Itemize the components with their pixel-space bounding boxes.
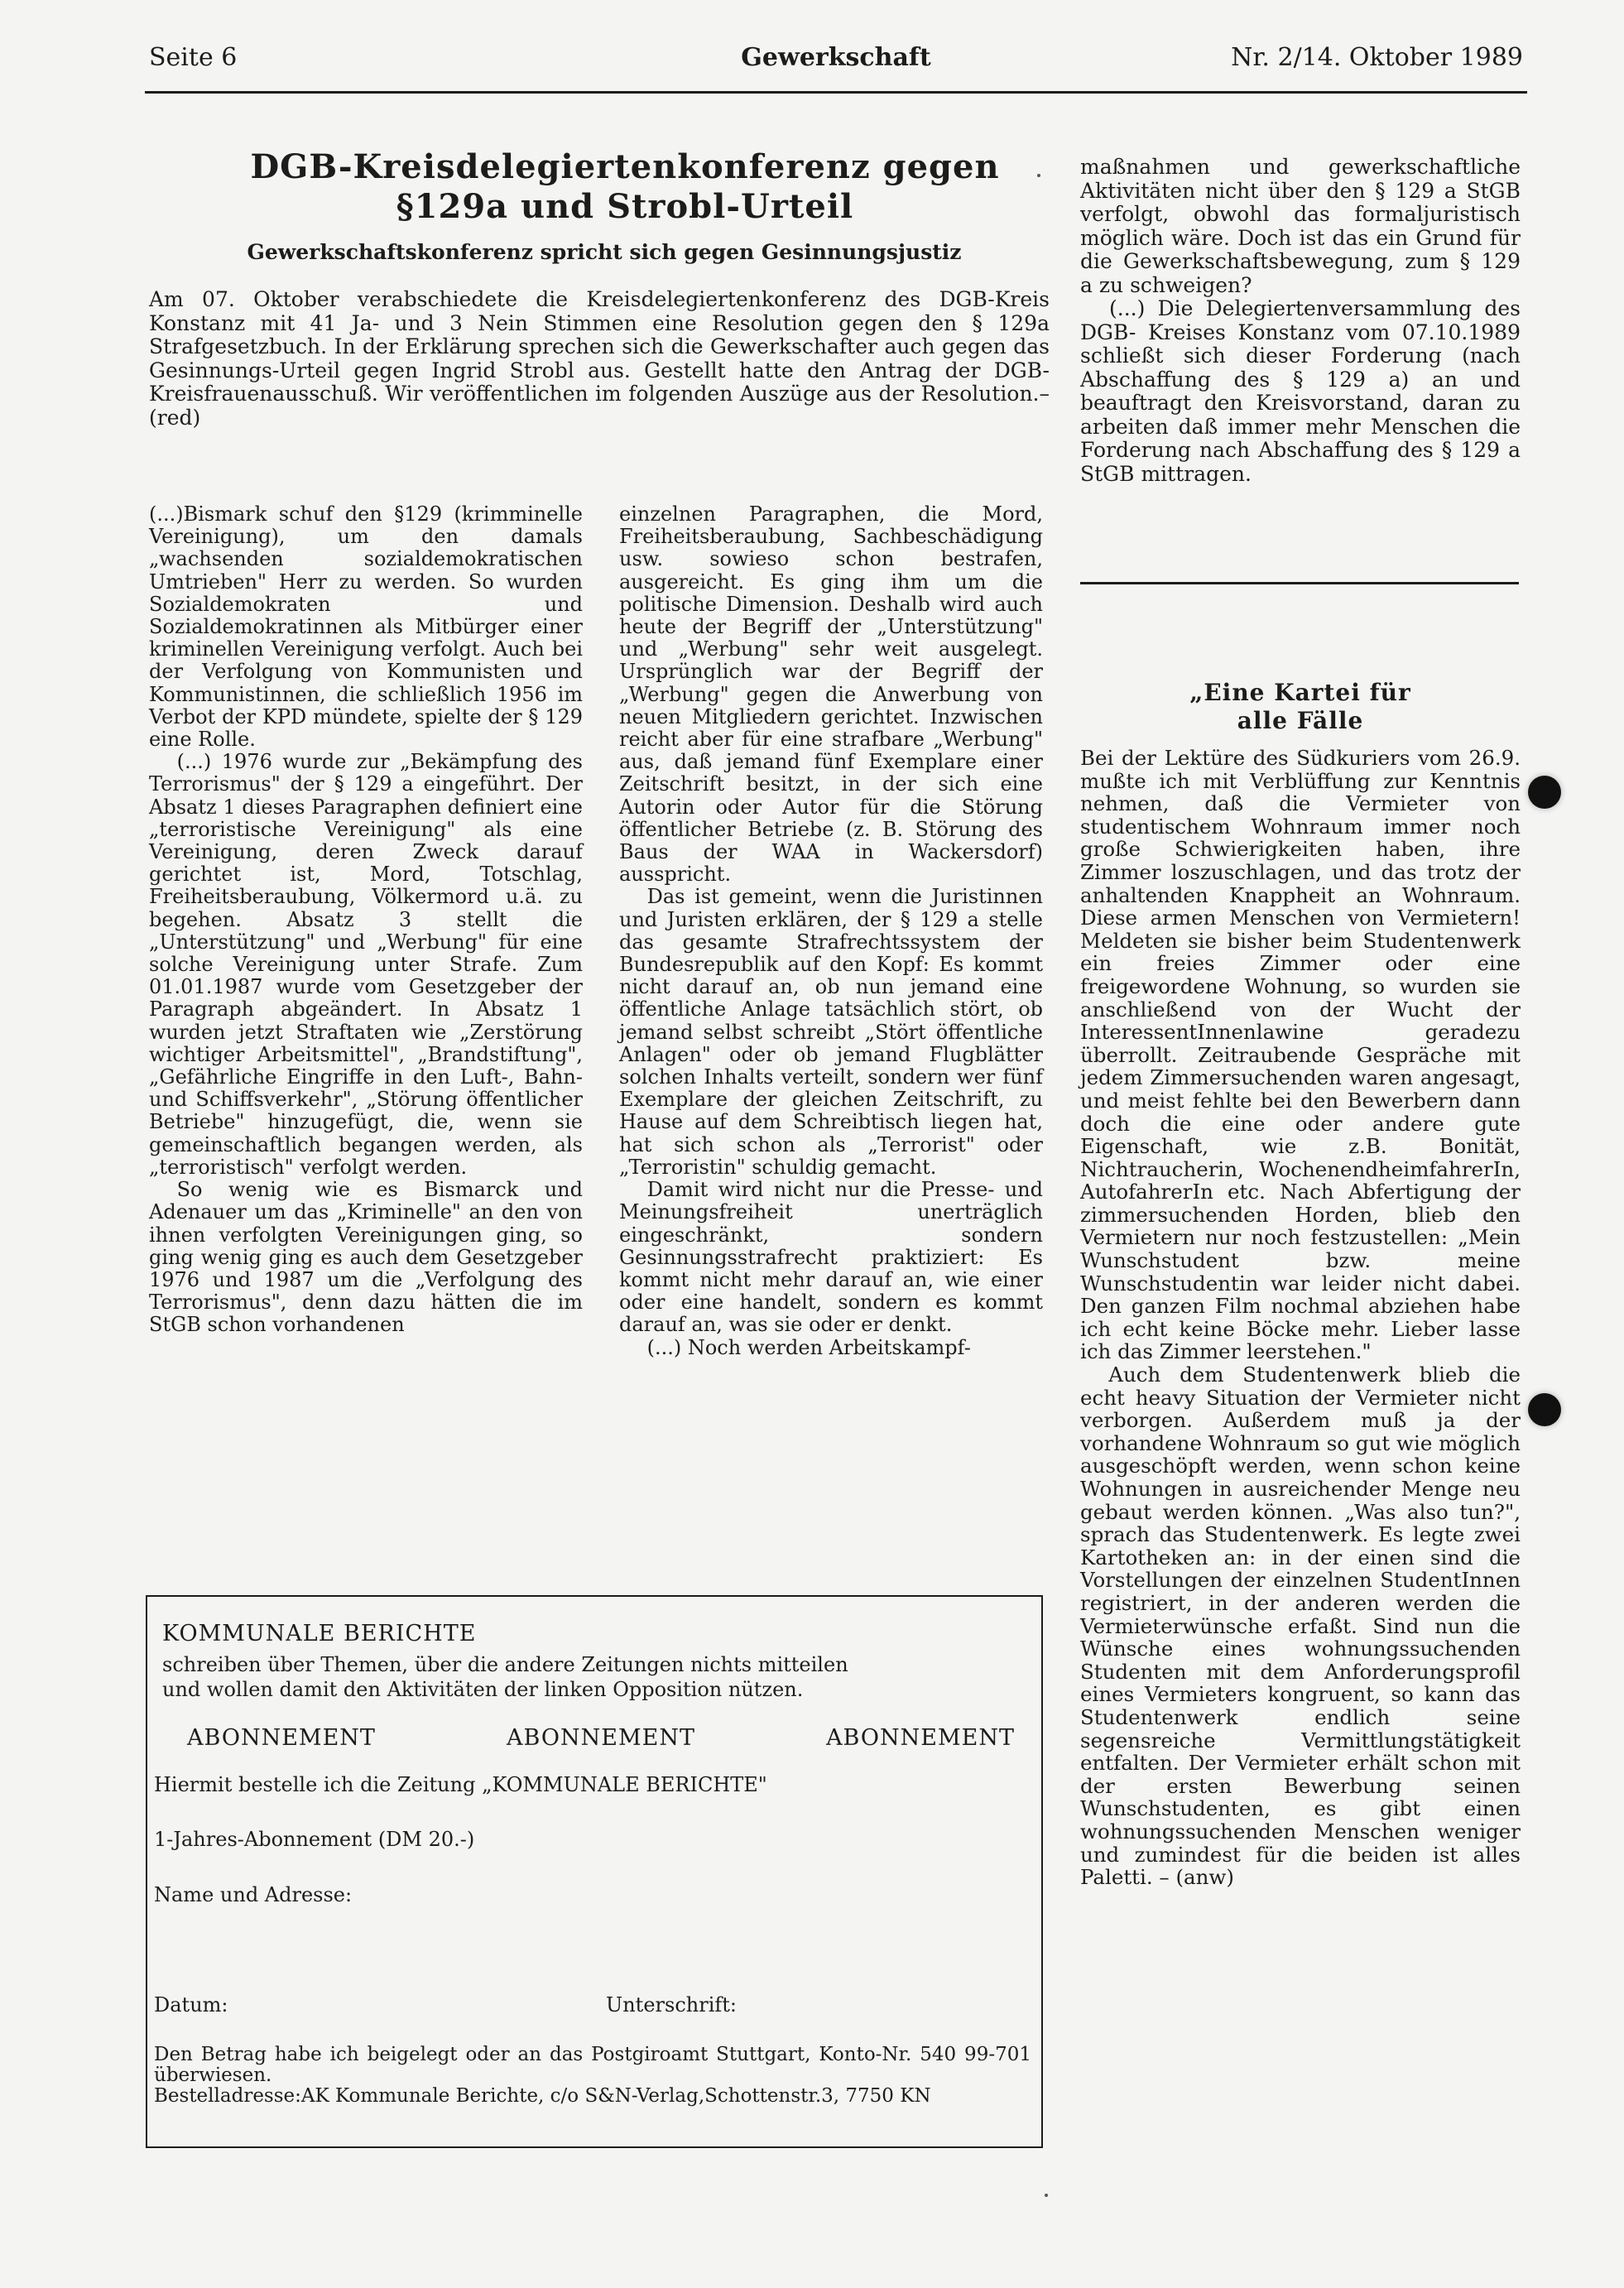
- subscription-price: 1-Jahres-Abonnement (DM 20.-): [154, 1828, 474, 1851]
- article2-headline-line-1: „Eine Kartei für: [1080, 679, 1521, 707]
- issue-date: Nr. 2/14. Oktober 1989: [1231, 43, 1523, 72]
- ad-footer: Den Betrag habe ich beigelegt oder an da…: [154, 2045, 1031, 2107]
- date-field-label: Datum:: [154, 1993, 228, 2016]
- header-divider: [145, 91, 1527, 94]
- paragraph: (...) Noch werden Arbeitskampf-: [619, 1337, 1043, 1359]
- ad-title: KOMMUNALE BERICHTE: [162, 1621, 476, 1646]
- paragraph: Das ist gemeint, wenn die Juristinnen un…: [619, 886, 1043, 1179]
- paragraph: So wenig wie es Bismarck und Adenauer um…: [149, 1179, 583, 1336]
- paragraph: maßnahmen und gewerkschaftliche Aktivitä…: [1080, 156, 1521, 297]
- article-column-3: maßnahmen und gewerkschaftliche Aktivitä…: [1080, 156, 1521, 486]
- paragraph: (...) 1976 wurde zur „Bekämpfung des Ter…: [149, 751, 583, 1179]
- paragraph: Bei der Lektüre des Südkuriers vom 26.9.…: [1080, 747, 1521, 1363]
- scan-speck: [1037, 174, 1040, 177]
- article-column-1: (...)Bismark schuf den §129 (krimminelle…: [149, 503, 583, 1337]
- signature-field-label: Unterschrift:: [606, 1993, 737, 2016]
- name-address-field-label: Name und Adresse:: [154, 1883, 352, 1906]
- punch-hole: [1528, 1393, 1561, 1426]
- article-subheadline: Gewerkschaftskonferenz spricht sich gege…: [190, 240, 1018, 264]
- paragraph: Damit wird nicht nur die Presse- und Mei…: [619, 1179, 1043, 1336]
- scan-speck: [1045, 2194, 1048, 2197]
- ad-abonnement-row: ABONNEMENT ABONNEMENT ABONNEMENT: [187, 1725, 1015, 1751]
- paragraph: (...)Bismark schuf den §129 (krimminelle…: [149, 503, 583, 751]
- ad-description-line-2: und wollen damit den Aktivitäten der lin…: [162, 1677, 1031, 1702]
- abonnement-label: ABONNEMENT: [187, 1725, 376, 1751]
- payment-info: Den Betrag habe ich beigelegt oder an da…: [154, 2045, 1031, 2086]
- ad-description-line-1: schreiben über Themen, über die andere Z…: [162, 1652, 1031, 1677]
- headline-line-1: DGB-Kreisdelegiertenkonferenz gegen: [190, 147, 1059, 187]
- abonnement-label: ABONNEMENT: [507, 1725, 695, 1751]
- punch-hole: [1528, 776, 1561, 809]
- ad-description: schreiben über Themen, über die andere Z…: [162, 1652, 1031, 1702]
- column-divider: [1080, 582, 1519, 584]
- paragraph: einzelnen Paragraphen, die Mord, Freihei…: [619, 503, 1043, 886]
- abonnement-label: ABONNEMENT: [826, 1725, 1015, 1751]
- article2-headline-line-2: alle Fälle: [1080, 707, 1521, 735]
- article-headline: DGB-Kreisdelegiertenkonferenz gegen §129…: [190, 147, 1059, 227]
- headline-line-2: §129a und Strobl-Urteil: [190, 187, 1059, 227]
- order-statement: Hiermit bestelle ich die Zeitung „KOMMUN…: [154, 1773, 767, 1796]
- article-column-2: einzelnen Paragraphen, die Mord, Freihei…: [619, 503, 1043, 1359]
- article2-body: Bei der Lektüre des Südkuriers vom 26.9.…: [1080, 747, 1521, 1889]
- paragraph: (...) Die Delegiertenversammlung des DGB…: [1080, 297, 1521, 486]
- article2-headline: „Eine Kartei für alle Fälle: [1080, 679, 1521, 735]
- paragraph: Auch dem Studentenwerk blieb die echt he…: [1080, 1363, 1521, 1889]
- running-header: Seite 6 Gewerkschaft Nr. 2/14. Oktober 1…: [149, 43, 1523, 76]
- article-lead: Am 07. Oktober verabschiedete die Kreisd…: [149, 288, 1050, 430]
- order-address: Bestelladresse:AK Kommunale Berichte, c/…: [154, 2086, 1031, 2107]
